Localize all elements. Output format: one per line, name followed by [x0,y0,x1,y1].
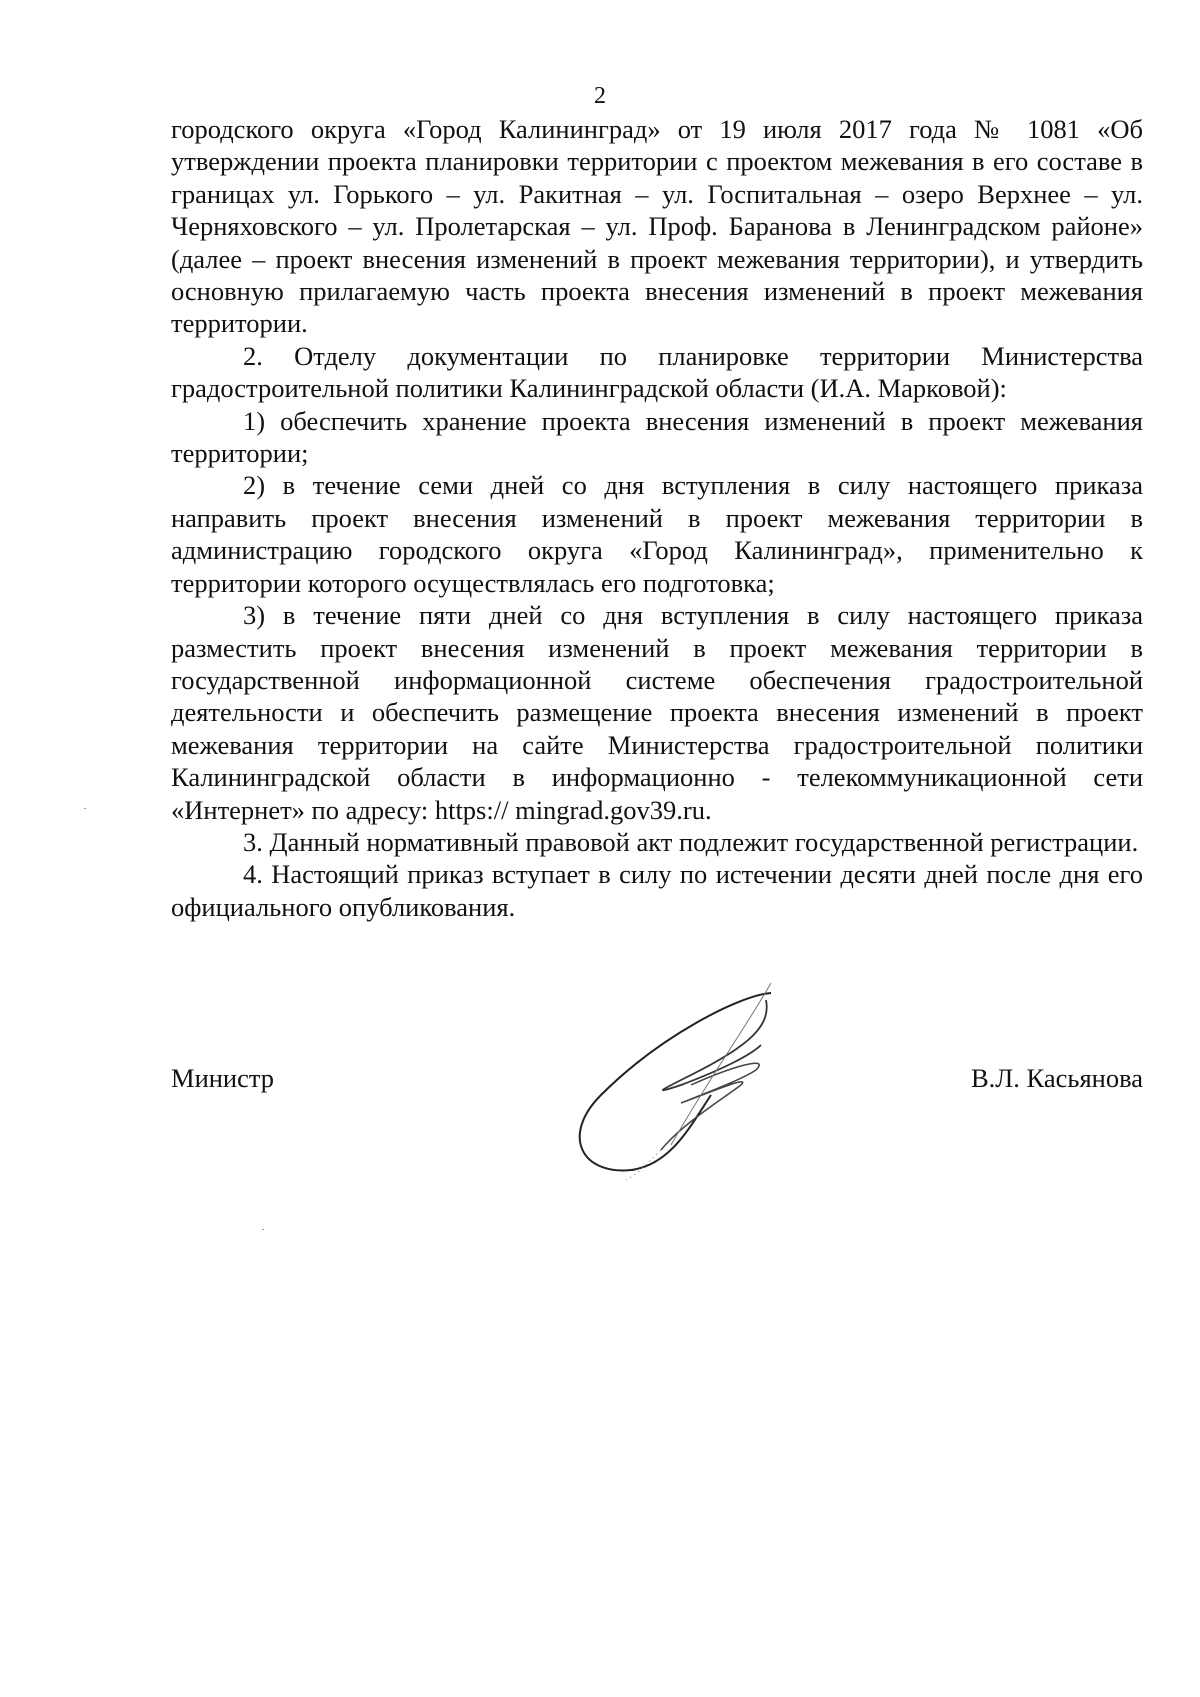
signature-block: Министр В.Л. Касьянова [171,1055,1143,1195]
document-body: городского округа «Город Калининград» от… [171,113,1143,923]
paragraph-item-3: 3. Данный нормативный правовой акт подле… [171,826,1143,858]
signatory-name: В.Л. Касьянова [971,1063,1143,1094]
paragraph-item-4: 4. Настоящий приказ вступает в силу по и… [171,858,1143,923]
paragraph-continuation: городского округа «Город Калининград» от… [171,113,1143,340]
paragraph-subitem-3: 3) в течение пяти дней со дня вступления… [171,599,1143,826]
scan-speck [262,1229,264,1230]
signatory-title: Министр [171,1063,274,1094]
scan-speck [84,808,86,809]
paragraph-item-2: 2. Отделу документации по планировке тер… [171,340,1143,405]
paragraph-subitem-1: 1) обеспечить хранение проекта внесения … [171,405,1143,470]
paragraph-subitem-2: 2) в течение семи дней со дня вступления… [171,469,1143,599]
handwritten-signature-icon [541,975,801,1185]
document-page: 2 городского округа «Город Калининград» … [0,0,1200,1697]
page-number: 2 [0,82,1200,110]
